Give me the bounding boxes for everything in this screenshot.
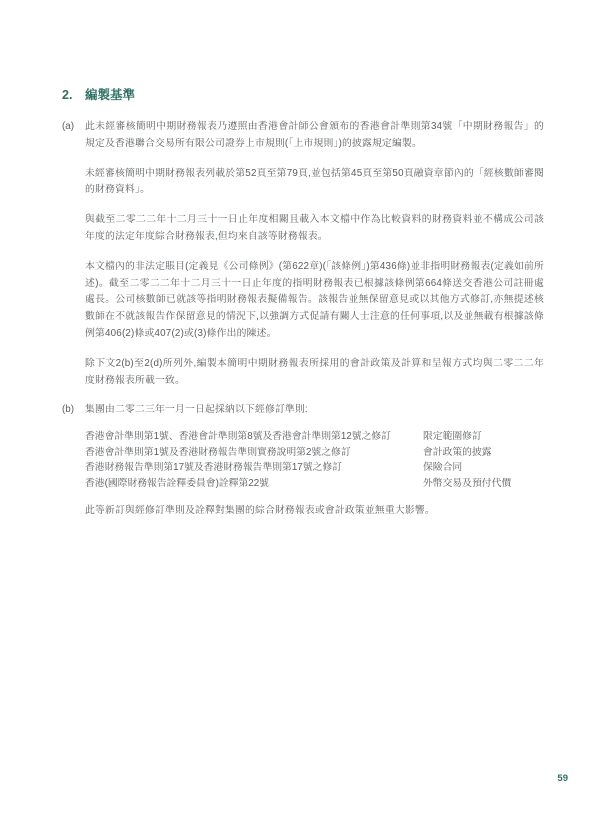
paragraph-comparative-information: 與截至二零二二年十二月三十一日止年度相關且載入本文檔中作為比較資料的財務資料並不… xyxy=(85,212,544,246)
standard-name: 香港會計準則第1號、香港會計準則第8號及香港會計準則第12號之修訂 xyxy=(85,429,423,445)
standard-description: 會計政策的披露 xyxy=(423,445,544,461)
item-b: (b) 集團由二零二三年一月一日起採納以下經修訂準則: 香港會計準則第1號、香港… xyxy=(62,402,544,520)
standard-row: 香港(國際財務報告詮釋委員會)詮釋第22號 外幣交易及預付代價 xyxy=(85,476,544,492)
standard-row: 香港會計準則第1號及香港財務報告準則實務說明第2號之修訂 會計政策的披露 xyxy=(85,445,544,461)
paragraph-pages-reference: 未經審核簡明中期財務報表列載於第52頁至第79頁,並包括第45頁至第50頁融資章… xyxy=(85,166,544,200)
paragraph-adopted-standards-intro: 集團由二零二三年一月一日起採納以下經修訂準則: xyxy=(85,402,544,419)
standard-row: 香港財務報告準則第17號及香港財務報告準則第17號之修訂 保險合同 xyxy=(85,460,544,476)
standard-row: 香港會計準則第1號、香港會計準則第8號及香港會計準則第12號之修訂 限定範圍修訂 xyxy=(85,429,544,445)
page-content: 2. 編製基準 (a) 此未經審核簡明中期財務報表乃遵照由香港會計師公會頒布的香… xyxy=(62,88,544,520)
standard-description: 外幣交易及預付代價 xyxy=(423,476,544,492)
standard-name: 香港會計準則第1號及香港財務報告準則實務說明第2號之修訂 xyxy=(85,445,423,461)
item-b-label: (b) xyxy=(62,402,85,520)
standard-description: 保險合同 xyxy=(423,460,544,476)
paragraph-basis-of-preparation: 此未經審核簡明中期財務報表乃遵照由香港會計師公會頒布的香港會計準則第34號「中期… xyxy=(85,119,544,153)
paragraph-non-statutory-accounts: 本文檔內的非法定賬目(定義見《公司條例》(第622章)(「該條例」)第436條)… xyxy=(85,259,544,343)
section-title: 編製基準 xyxy=(85,88,135,103)
item-b-body: 集團由二零二三年一月一日起採納以下經修訂準則: 香港會計準則第1號、香港會計準則… xyxy=(85,402,544,520)
standard-name: 香港財務報告準則第17號及香港財務報告準則第17號之修訂 xyxy=(85,460,423,476)
document-page: 2. 編製基準 (a) 此未經審核簡明中期財務報表乃遵照由香港會計師公會頒布的香… xyxy=(0,0,600,814)
section-number: 2. xyxy=(62,88,85,103)
page-number: 59 xyxy=(557,773,568,784)
standards-table: 香港會計準則第1號、香港會計準則第8號及香港會計準則第12號之修訂 限定範圍修訂… xyxy=(85,429,544,491)
item-a-body: 此未經審核簡明中期財務報表乃遵照由香港會計師公會頒布的香港會計準則第34號「中期… xyxy=(85,119,544,389)
section-heading: 2. 編製基準 xyxy=(62,88,544,103)
standard-name: 香港(國際財務報告詮釋委員會)詮釋第22號 xyxy=(85,476,423,492)
standard-description: 限定範圍修訂 xyxy=(423,429,544,445)
paragraph-accounting-policies-consistency: 除下文2(b)至2(d)所列外,編製本簡明中期財務報表所採用的會計政策及計算和呈… xyxy=(85,356,544,390)
item-a-label: (a) xyxy=(62,119,85,389)
paragraph-no-material-impact: 此等新訂與經修訂準則及詮釋對集團的綜合財務報表或會計政策並無重大影響。 xyxy=(85,503,544,520)
item-a: (a) 此未經審核簡明中期財務報表乃遵照由香港會計師公會頒布的香港會計準則第34… xyxy=(62,119,544,389)
